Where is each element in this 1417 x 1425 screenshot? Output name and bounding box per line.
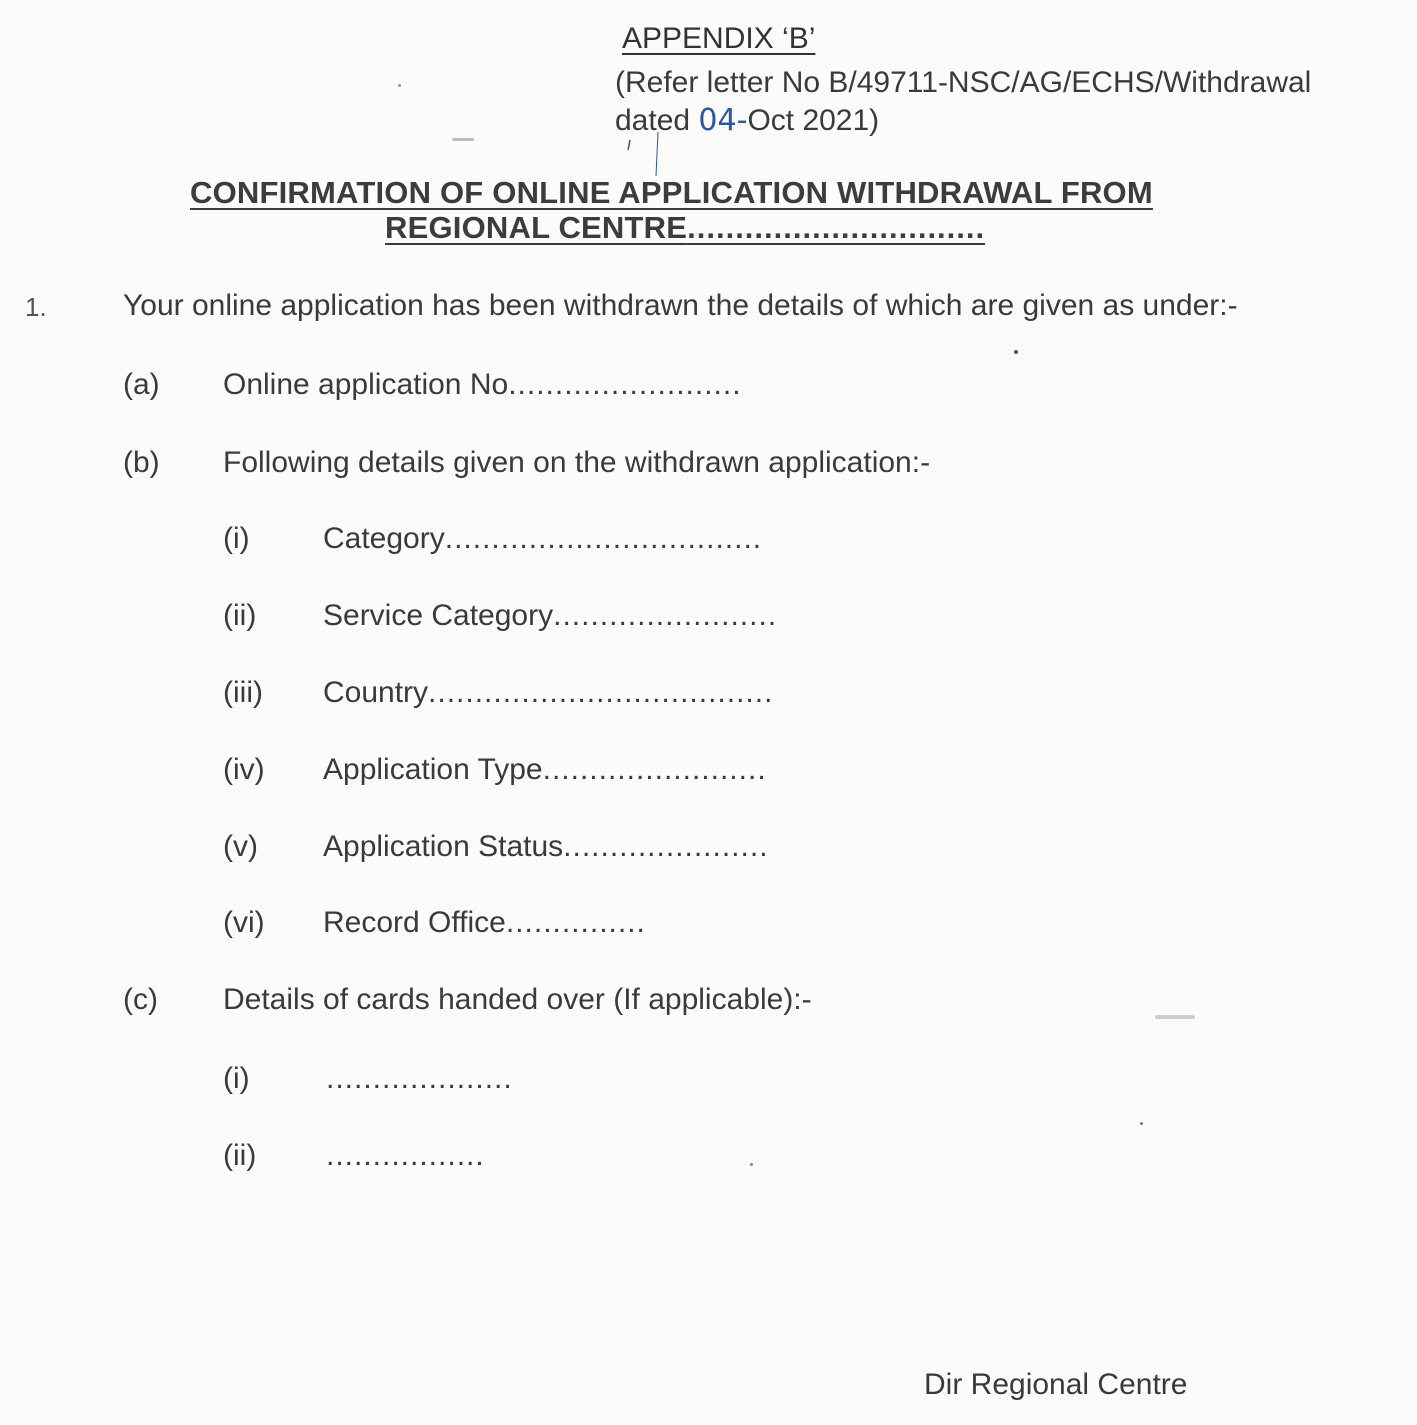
- online-application-no-field: Online application No...................…: [223, 368, 742, 402]
- detail-field: Record Office...............: [323, 906, 646, 940]
- para-number: 1.: [25, 292, 47, 323]
- fill-in-dots: ..................................: [445, 522, 762, 555]
- item-c-label: Details of cards handed over (If applica…: [223, 983, 812, 1017]
- appendix-heading: APPENDIX ‘B’: [622, 22, 815, 56]
- reference-line-1: (Refer letter No B/49711-NSC/AG/ECHS/Wit…: [615, 64, 1311, 102]
- scan-speck: [1014, 350, 1018, 354]
- scan-speck: [452, 138, 474, 141]
- field-label: Country: [323, 676, 428, 709]
- fill-in-dots: .....................................: [428, 676, 773, 709]
- fill-in-dots: ........................: [553, 599, 777, 632]
- field-label: Record Office: [323, 906, 506, 939]
- item-b-label: Following details given on the withdrawn…: [223, 446, 930, 480]
- subitem-marker: (v): [223, 830, 258, 864]
- title-dots: ...............................: [687, 210, 985, 245]
- scan-speck: [1140, 1122, 1143, 1125]
- field-label: Category: [323, 522, 445, 555]
- item-c-marker: (c): [123, 983, 158, 1017]
- subitem-marker: (iv): [223, 753, 265, 787]
- card-detail-blank: .................: [326, 1139, 485, 1173]
- fill-in-dots: ......................: [563, 830, 768, 863]
- title-text: REGIONAL CENTRE: [385, 210, 687, 245]
- card-subitem-marker: (ii): [223, 1139, 256, 1173]
- card-subitem-marker: (i): [223, 1062, 250, 1096]
- scan-speck: [1155, 1015, 1195, 1019]
- struck-mark: -: [737, 103, 748, 138]
- card-detail-blank: ....................: [326, 1062, 513, 1096]
- reference-line-2: dated 04-Oct 2021): [615, 102, 1311, 140]
- scan-speck: [398, 84, 401, 87]
- subitem-marker: (ii): [223, 599, 256, 633]
- detail-field: Country.................................…: [323, 676, 773, 710]
- detail-field: Application Type........................: [323, 753, 767, 787]
- signature-block: Dir Regional Centre: [924, 1368, 1187, 1402]
- subitem-marker: (i): [223, 522, 250, 556]
- item-b-marker: (b): [123, 446, 160, 480]
- document-title-line-1: CONFIRMATION OF ONLINE APPLICATION WITHD…: [190, 175, 1153, 211]
- handwritten-tick-marks: [620, 130, 670, 180]
- field-label: Application Status: [323, 830, 563, 863]
- document-title-line-2: REGIONAL CENTRE.........................…: [385, 210, 985, 246]
- subitem-marker: (vi): [223, 906, 265, 940]
- detail-field: Service Category........................: [323, 599, 777, 633]
- subitem-marker: (iii): [223, 676, 263, 710]
- field-label: Application Type: [323, 753, 543, 786]
- scan-speck: [750, 1163, 753, 1166]
- detail-field: Category................................…: [323, 522, 762, 556]
- fill-in-dots: .........................: [508, 368, 741, 401]
- para-text: Your online application has been withdra…: [123, 289, 1238, 323]
- handwritten-day: 04: [698, 103, 736, 138]
- field-label: Service Category: [323, 599, 553, 632]
- fill-in-dots: ...............: [506, 906, 646, 939]
- item-a-marker: (a): [123, 368, 160, 402]
- field-label: Online application No: [223, 368, 508, 401]
- reference-letter: (Refer letter No B/49711-NSC/AG/ECHS/Wit…: [615, 64, 1311, 140]
- fill-in-dots: ........................: [543, 753, 767, 786]
- detail-field: Application Status......................: [323, 830, 769, 864]
- dated-suffix: Oct 2021): [747, 104, 879, 137]
